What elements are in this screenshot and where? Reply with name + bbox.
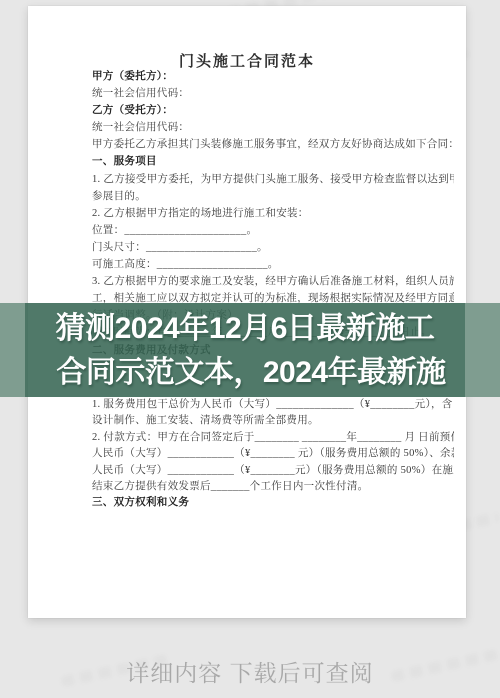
document-line: 设计制作、施工安装、清场费等所需全部费用。 (92, 413, 454, 429)
banner-edge-right (465, 303, 500, 397)
document-line: 2. 付款方式：甲方在合同签定后于________ ________年_____… (92, 430, 454, 446)
document-line: 门头尺寸：____________________。 (92, 239, 454, 256)
document-line: 乙方（受托方）： (92, 102, 454, 119)
document-line: 结束乙方提供有效发票后_______个工作日内一次性付清。 (92, 479, 454, 495)
document-line: 1. 乙方接受甲方委托，为甲方提供门头施工服务、接受甲方检查监督以达到甲方 (92, 171, 454, 188)
document-line: 三、双方权利和义务 (92, 495, 454, 511)
document-line: 位置：______________________。 (92, 222, 454, 239)
document-line: 人民币（大写）____________（¥________ 元）（服务费用总额的… (92, 446, 454, 462)
document-preview-page: { "colors": { "page_bg": "#e7e7e7", "pap… (0, 0, 500, 698)
banner-text-line2: 合同示范文本，2024年最新施 (56, 351, 445, 395)
document-line: 可施工高度：____________________。 (92, 256, 454, 273)
document-line: 一、服务项目 (92, 153, 454, 170)
banner-text-line1: 猜测2024年12月6日最新施工 (56, 307, 435, 351)
banner-text: 猜测2024年12月6日最新施工 合同示范文本，2024年最新施 (25, 304, 465, 397)
document-line: 人民币（大写）____________（¥________元）（服务费用总额的 … (92, 463, 454, 479)
document-line: 2. 乙方根据甲方指定的场地进行施工和安装： (92, 205, 454, 222)
document-line: 统一社会信用代码： (92, 119, 454, 136)
document-line: 参展目的。 (92, 188, 454, 205)
download-hint: 详细内容 下载后可查阅 (0, 655, 500, 688)
promo-banner-overlay: 猜测2024年12月6日最新施工 合同示范文本，2024年最新施 (0, 303, 500, 397)
banner-edge-left (0, 303, 25, 397)
contract-body-lower: 1. 服务费用包干总价为人民币（大写）______________（¥_____… (92, 397, 454, 512)
document-line: 统一社会信用代码： (92, 85, 454, 102)
document-line: 1. 服务费用包干总价为人民币（大写）______________（¥_____… (92, 397, 454, 413)
document-line: 甲方委托乙方承担其门头装修施工服务事宜，经双方友好协商达成如下合同： (92, 136, 454, 153)
document-line: 甲方（委托方）： (92, 68, 454, 85)
document-line: 3. 乙方根据甲方的要求施工及安装，经甲方确认后准备施工材料，组织人员施 (92, 273, 454, 290)
